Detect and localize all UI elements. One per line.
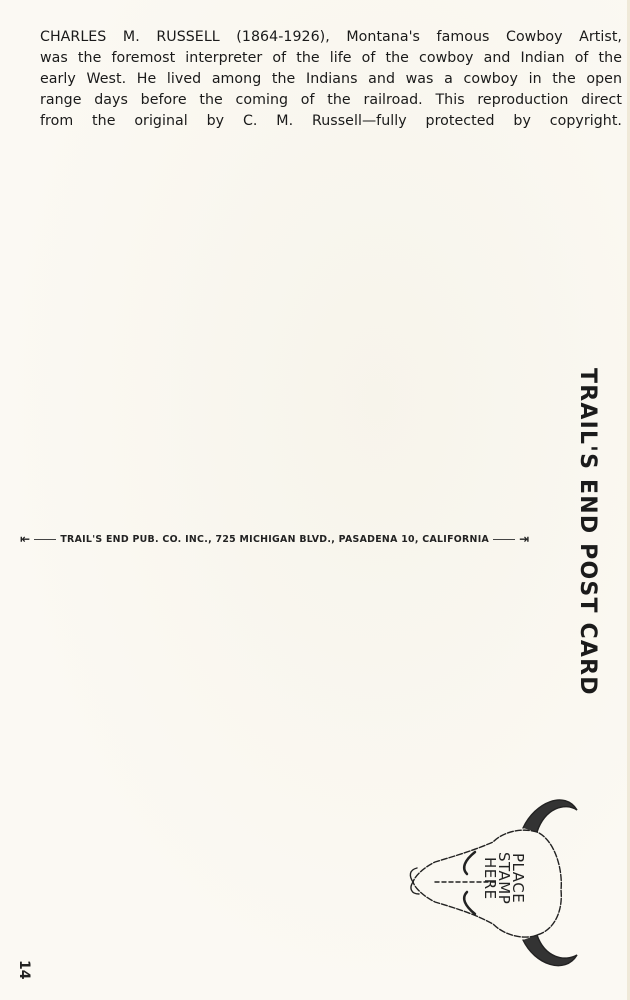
- description-line: range days before the coming of the rail…: [40, 90, 622, 111]
- stamp-line: STAMP: [497, 828, 511, 928]
- divider: [493, 539, 515, 540]
- description-line: CHARLES M. RUSSELL (1864-1926), Montana'…: [40, 27, 622, 48]
- description-line: early West. He lived among the Indians a…: [40, 69, 622, 90]
- publisher-line: ⇤ TRAIL'S END PUB. CO. INC., 725 MICHIGA…: [20, 531, 560, 547]
- place-stamp-here: PLACE STAMP HERE: [483, 828, 525, 928]
- postcard-title: TRAIL'S END POST CARD: [570, 368, 600, 713]
- stamp-line: PLACE: [511, 828, 525, 928]
- publisher-address: TRAIL'S END PUB. CO. INC., 725 MICHIGAN …: [60, 534, 489, 545]
- left-arrow-icon: ⇤: [20, 533, 30, 545]
- stamp-line: HERE: [483, 828, 497, 928]
- page-number: 14: [16, 960, 32, 979]
- description-line: was the foremost interpreter of the life…: [40, 48, 622, 69]
- artist-description: CHARLES M. RUSSELL (1864-1926), Montana'…: [40, 27, 622, 132]
- divider: [34, 539, 56, 540]
- right-arrow-icon: ⇥: [519, 533, 529, 545]
- postcard-back: CHARLES M. RUSSELL (1864-1926), Montana'…: [0, 0, 630, 1000]
- description-line: from the original by C. M. Russell—fully…: [40, 111, 622, 132]
